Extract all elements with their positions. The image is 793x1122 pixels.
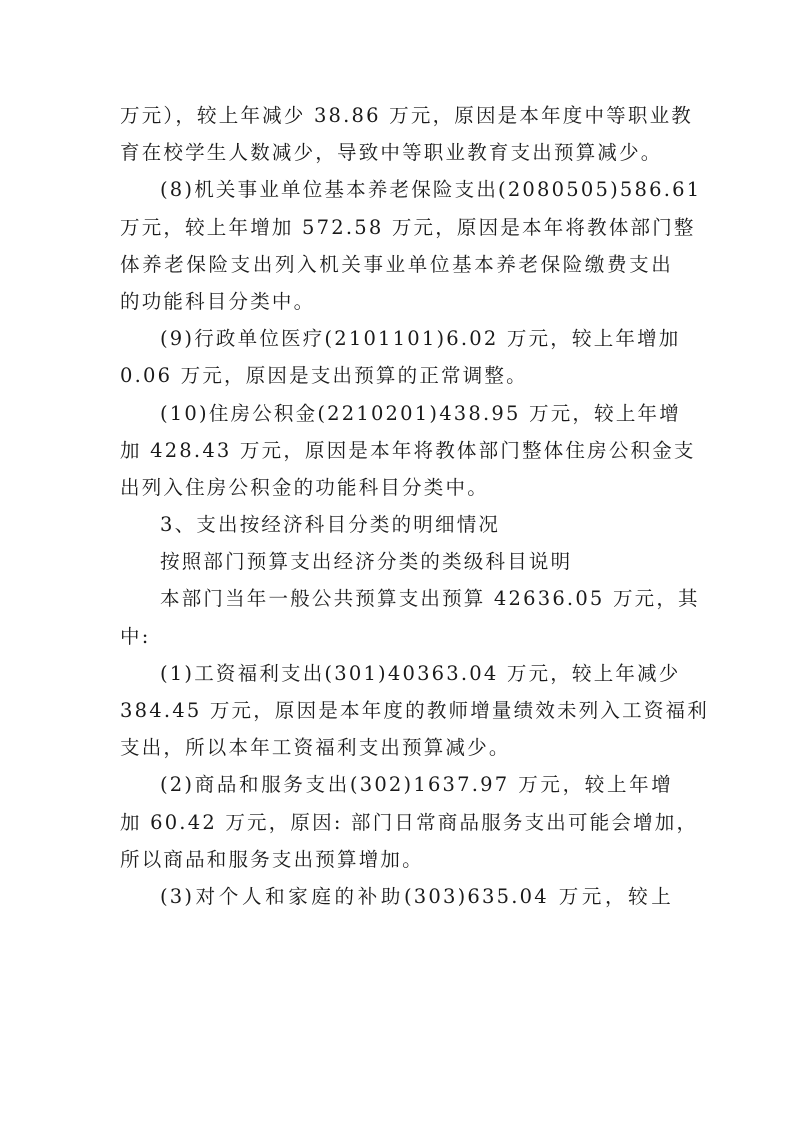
text-line: 加 60.42 万元，原因: 部门日常商品服务支出可能会增加， — [120, 804, 673, 841]
text-line: 出列入住房公积金的功能科目分类中。 — [120, 469, 673, 506]
text-line: 万元，较上年增加 572.58 万元，原因是本年将教体部门整 — [120, 209, 673, 246]
paragraph-item-10: (10)住房公积金(2210201)438.95 万元，较上年增 — [120, 395, 673, 432]
text-line: 万元），较上年减少 38.86 万元，原因是本年度中等职业教 — [120, 97, 673, 134]
text-line: 0.06 万元，原因是支出预算的正常调整。 — [120, 357, 673, 394]
paragraph-item-9: (9)行政单位医疗(2101101)6.02 万元，较上年增加 — [120, 320, 673, 357]
paragraph-item-8: (8)机关事业单位基本养老保险支出(2080505)586.61 — [120, 171, 673, 208]
text-line: 中: — [120, 618, 673, 655]
summary-paragraph: 本部门当年一般公共预算支出预算 42636.05 万元，其 — [120, 580, 673, 617]
econ-item-2: (2)商品和服务支出(302)1637.97 万元，较上年增 — [120, 766, 673, 803]
text-line: 体养老保险支出列入机关事业单位基本养老保险缴费支出 — [120, 246, 673, 283]
text-line: 育在校学生人数减少，导致中等职业教育支出预算减少。 — [120, 134, 673, 171]
document-page: 万元），较上年减少 38.86 万元，原因是本年度中等职业教 育在校学生人数减少… — [120, 97, 673, 915]
text-line: 加 428.43 万元，原因是本年将教体部门整体住房公积金支 — [120, 432, 673, 469]
econ-item-1: (1)工资福利支出(301)40363.04 万元，较上年减少 — [120, 655, 673, 692]
text-line: 384.45 万元，原因是本年度的教师增量绩效未列入工资福利 — [120, 692, 673, 729]
text-line: 所以商品和服务支出预算增加。 — [120, 841, 673, 878]
text-line: 的功能科目分类中。 — [120, 283, 673, 320]
econ-item-3: (3)对个人和家庭的补助(303)635.04 万元，较上 — [120, 878, 673, 915]
text-line: 支出，所以本年工资福利支出预算减少。 — [120, 729, 673, 766]
subsection-heading: 按照部门预算支出经济分类的类级科目说明 — [120, 543, 673, 580]
section-heading: 3、支出按经济科目分类的明细情况 — [120, 506, 673, 543]
